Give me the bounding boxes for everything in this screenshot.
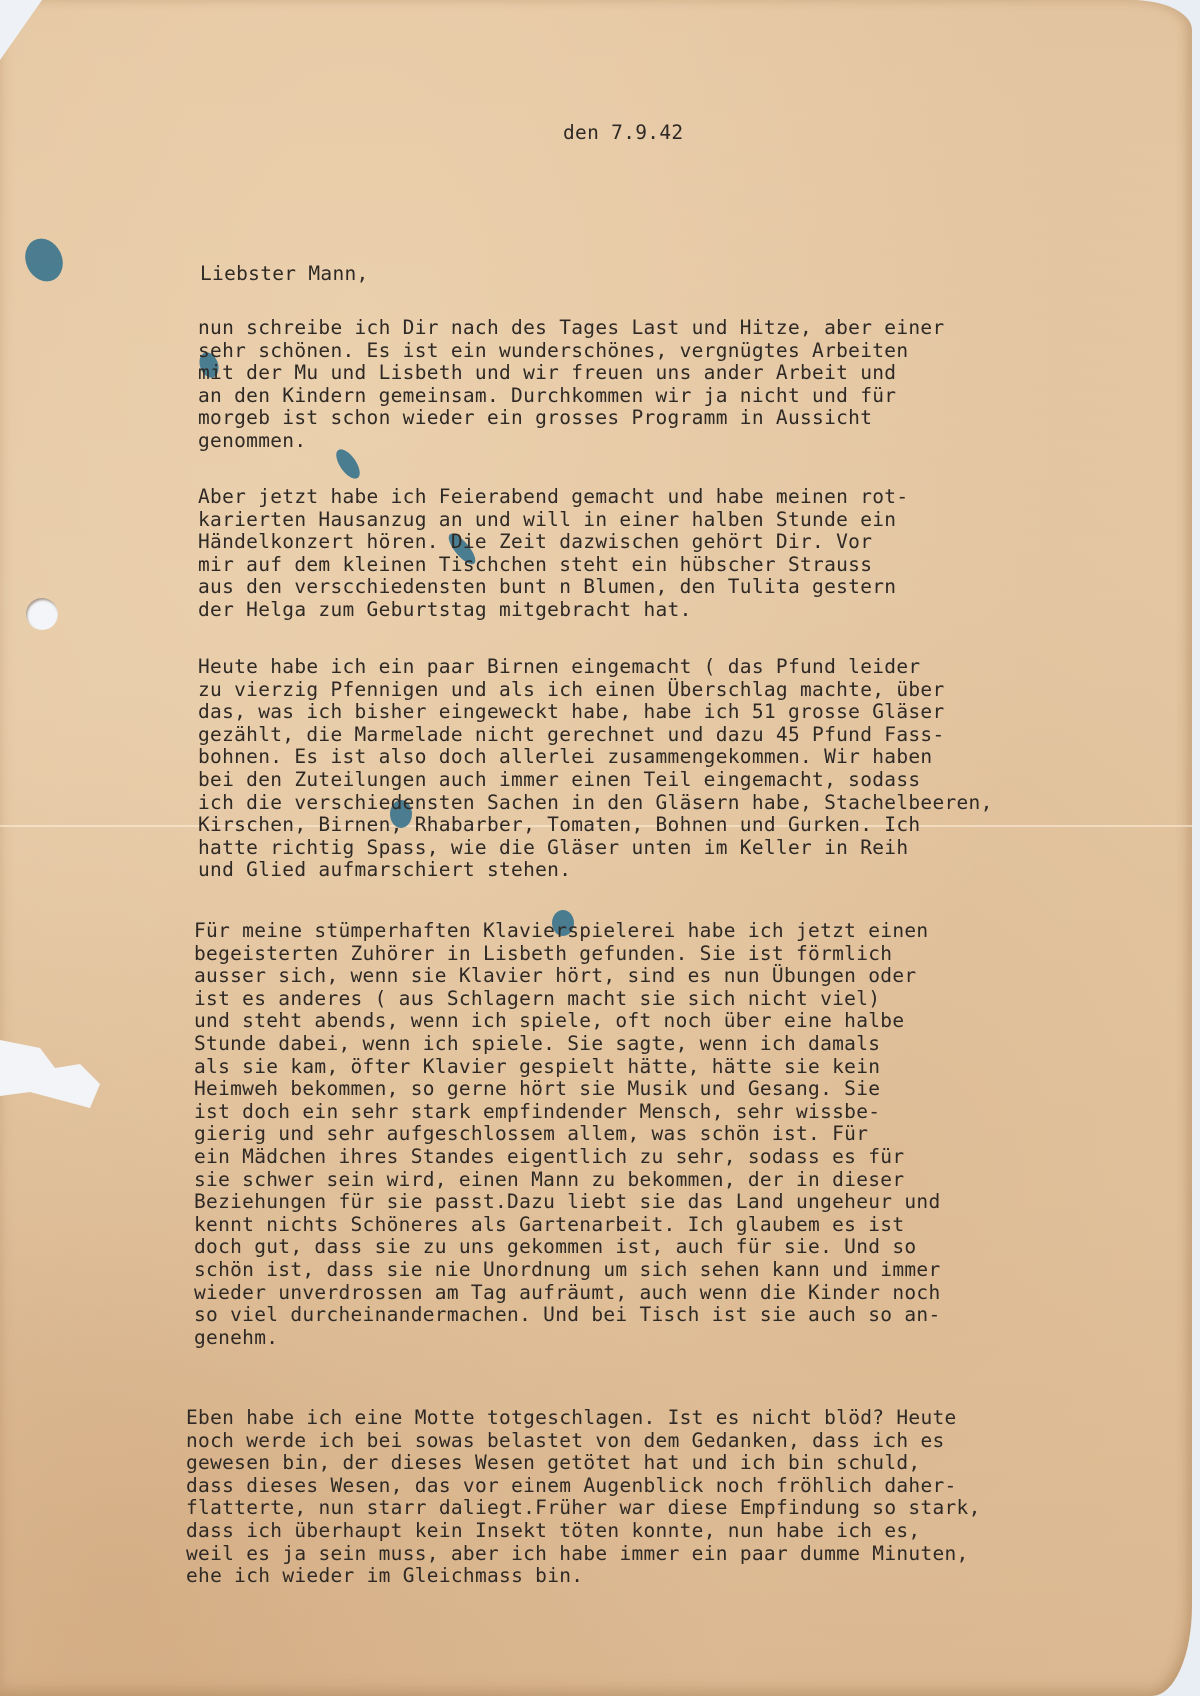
- text-line: karierten Hausanzug an und will in einer…: [198, 509, 908, 532]
- text-line: mir auf dem kleinen Tischchen steht ein …: [198, 554, 908, 577]
- salutation: Liebster Mann,: [200, 262, 369, 285]
- text-line: sehr schönen. Es ist ein wunderschönes, …: [198, 340, 944, 363]
- text-line: aus den verscchiedensten bunt n Blumen, …: [198, 576, 908, 599]
- text-line: weil es ja sein muss, aber ich habe imme…: [186, 1543, 981, 1566]
- text-line: kennt nichts Schöneres als Gartenarbeit.…: [194, 1214, 940, 1237]
- text-line: der Helga zum Geburtstag mitgebracht hat…: [198, 599, 908, 622]
- text-line: Kirschen, Birnen, Rhabarber, Tomaten, Bo…: [198, 814, 993, 837]
- text-line: Heute habe ich ein paar Birnen eingemach…: [198, 656, 993, 679]
- text-line: schön ist, dass sie nie Unordnung um sic…: [194, 1259, 940, 1282]
- text-line: bei den Zuteilungen auch immer einen Tei…: [198, 769, 993, 792]
- text-line: nun schreibe ich Dir nach des Tages Last…: [198, 317, 944, 340]
- text-line: als sie kam, öfter Klavier gespielt hätt…: [194, 1056, 940, 1079]
- text-line: Für meine stümperhaften Klavierspielerei…: [194, 920, 940, 943]
- text-line: Heimweh bekommen, so gerne hört sie Musi…: [194, 1078, 940, 1101]
- text-line: begeisterten Zuhörer in Lisbeth gefunden…: [194, 943, 940, 966]
- text-line: ausser sich, wenn sie Klavier hört, sind…: [194, 965, 940, 988]
- text-line: gewesen bin, der dieses Wesen getötet ha…: [186, 1452, 981, 1475]
- text-line: ein Mädchen ihres Standes eigentlich zu …: [194, 1146, 940, 1169]
- text-line: Aber jetzt habe ich Feierabend gemacht u…: [198, 486, 908, 509]
- text-line: zu vierzig Pfennigen und als ich einen Ü…: [198, 679, 993, 702]
- paragraph-5: Eben habe ich eine Motte totgeschlagen. …: [186, 1407, 981, 1588]
- paragraph-3: Heute habe ich ein paar Birnen eingemach…: [198, 656, 993, 882]
- text-line: noch werde ich bei sowas belastet von de…: [186, 1430, 981, 1453]
- text-line: das, was ich bisher eingeweckt habe, hab…: [198, 701, 993, 724]
- text-line: genommen.: [198, 430, 944, 453]
- text-line: genehm.: [194, 1327, 940, 1350]
- text-line: flatterte, nun starr daliegt.Früher war …: [186, 1497, 981, 1520]
- letter-date: den 7.9.42: [563, 121, 683, 144]
- text-line: an den Kindern gemeinsam. Durchkommen wi…: [198, 385, 944, 408]
- text-line: dass ich überhaupt kein Insekt töten kon…: [186, 1520, 981, 1543]
- text-line: gezählt, die Marmelade nicht gerechnet u…: [198, 724, 993, 747]
- text-line: so viel durcheinandermachen. Und bei Tis…: [194, 1304, 940, 1327]
- paragraph-2: Aber jetzt habe ich Feierabend gemacht u…: [198, 486, 908, 622]
- text-line: sie schwer sein wird, einen Mann zu beko…: [194, 1169, 940, 1192]
- paragraph-1: nun schreibe ich Dir nach des Tages Last…: [198, 317, 944, 453]
- text-line: hatte richtig Spass, wie die Gläser unte…: [198, 837, 993, 860]
- text-line: dass dieses Wesen, das vor einem Augenbl…: [186, 1475, 981, 1498]
- text-line: doch gut, dass sie zu uns gekommen ist, …: [194, 1236, 940, 1259]
- text-line: gierig und sehr aufgeschlossem allem, wa…: [194, 1123, 940, 1146]
- text-line: bohnen. Es ist also doch allerlei zusamm…: [198, 746, 993, 769]
- text-line: Stunde dabei, wenn ich spiele. Sie sagte…: [194, 1033, 940, 1056]
- text-line: und steht abends, wenn ich spiele, oft n…: [194, 1010, 940, 1033]
- text-line: morgeb ist schon wieder ein grosses Prog…: [198, 407, 944, 430]
- letter-body: den 7.9.42 Liebster Mann, nun schreibe i…: [0, 0, 1192, 1696]
- paragraph-4: Für meine stümperhaften Klavierspielerei…: [194, 920, 940, 1349]
- text-line: Eben habe ich eine Motte totgeschlagen. …: [186, 1407, 981, 1430]
- text-line: mit der Mu und Lisbeth und wir freuen un…: [198, 362, 944, 385]
- text-line: ehe ich wieder im Gleichmass bin.: [186, 1565, 981, 1588]
- text-line: und Glied aufmarschiert stehen.: [198, 859, 993, 882]
- text-line: Händelkonzert hören. Die Zeit dazwischen…: [198, 531, 908, 554]
- text-line: ist es anderes ( aus Schlagern macht sie…: [194, 988, 940, 1011]
- text-line: ist doch ein sehr stark empfindender Men…: [194, 1101, 940, 1124]
- text-line: ich die verschiedensten Sachen in den Gl…: [198, 792, 993, 815]
- text-line: Beziehungen für sie passt.Dazu liebt sie…: [194, 1191, 940, 1214]
- text-line: wieder unverdrossen am Tag aufräumt, auc…: [194, 1282, 940, 1305]
